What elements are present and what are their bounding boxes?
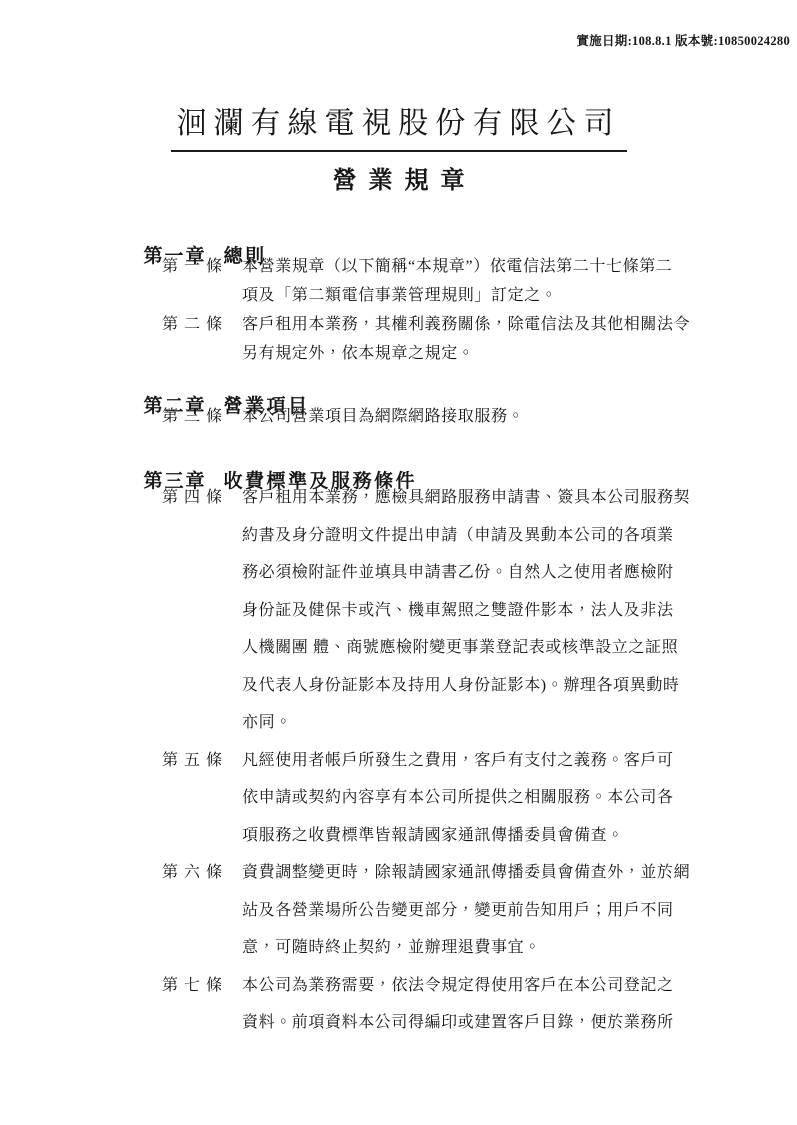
article-text: 客戶租用本業務，應檢具網路服務申請書、簽具本公司服務契約書及身分證明文件提出申請…: [242, 479, 690, 742]
article-6: 第 六 條 資費調整變更時，除報請國家通訊傳播委員會備查外，並於網站及各營業場所…: [162, 854, 735, 967]
chapter-heading-1: 第一章總則: [115, 218, 735, 244]
article-line: 本公司營業項目為網際網路接取服務。: [242, 402, 524, 431]
document-page: 實施日期:108.8.1 版本號:10850024280 洄瀾有線電視股份有限公…: [0, 0, 797, 1125]
article-line: 凡經使用者帳戶所發生之費用，客戶有支付之義務。客戶可: [242, 742, 674, 780]
article-line: 資費調整變更時，除報請國家通訊傳播委員會備查外，並於網: [242, 854, 690, 892]
article-number: 第 五 條: [162, 742, 242, 780]
article-line: 意，可隨時終止契約，並辦理退費事宜。: [242, 929, 690, 967]
article-text: 凡經使用者帳戶所發生之費用，客戶有支付之義務。客戶可依申請或契約內容享有本公司所…: [242, 742, 674, 855]
chapter-heading-3: 第三章收費標準及服務條件: [115, 443, 735, 469]
document-body: 第一章總則 第 一 條 本營業規章（以下簡稱“本規章”）依電信法第二十七條第二項…: [115, 218, 735, 1042]
article-text: 客戶租用本業務，其權利義務關係，除電信法及其他相關法令另有規定外，依本規章之規定…: [242, 310, 690, 368]
article-2: 第 二 條 客戶租用本業務，其權利義務關係，除電信法及其他相關法令另有規定外，依…: [162, 310, 735, 368]
article-line: 務必須檢附証件並填具申請書乙份。自然人之使用者應檢附: [242, 554, 690, 592]
article-line: 身份証及健保卡或汽、機車駕照之雙證件影本，法人及非法: [242, 592, 690, 630]
article-number: 第 二 條: [162, 310, 242, 339]
article-line: 客戶租用本業務，其權利義務關係，除電信法及其他相關法令: [242, 310, 690, 339]
article-line: 另有規定外，依本規章之規定。: [242, 339, 690, 368]
article-line: 亦同。: [242, 704, 690, 742]
article-line: 本營業規章（以下簡稱“本規章”）依電信法第二十七條第二: [242, 252, 672, 281]
article-4: 第 四 條 客戶租用本業務，應檢具網路服務申請書、簽具本公司服務契約書及身分證明…: [162, 479, 735, 742]
article-number: 第 一 條: [162, 252, 242, 281]
document-subtitle: 營業規章: [0, 160, 797, 195]
article-line: 資料。前項資料本公司得編印或建置客戶目錄，便於業務所: [242, 1004, 674, 1042]
article-line: 項服務之收費標準皆報請國家通訊傳播委員會備查。: [242, 817, 674, 855]
article-line: 本公司為業務需要，依法令規定得使用客戶在本公司登記之: [242, 967, 674, 1005]
article-number: 第 四 條: [162, 479, 242, 517]
article-1: 第 一 條 本營業規章（以下簡稱“本規章”）依電信法第二十七條第二項及「第二類電…: [162, 252, 735, 310]
article-line: 項及「第二類電信事業管理規則」訂定之。: [242, 281, 672, 310]
article-5: 第 五 條 凡經使用者帳戶所發生之費用，客戶有支付之義務。客戶可依申請或契約內容…: [162, 742, 735, 855]
article-number: 第 七 條: [162, 967, 242, 1005]
article-number: 第 三 條: [162, 402, 242, 431]
article-text: 本公司營業項目為網際網路接取服務。: [242, 402, 524, 431]
article-line: 依申請或契約內容享有本公司所提供之相關服務。本公司各: [242, 779, 674, 817]
header-meta: 實施日期:108.8.1 版本號:10850024280: [576, 31, 790, 49]
chapter-heading-2: 第二章營業項目: [115, 368, 735, 394]
article-text: 資費調整變更時，除報請國家通訊傳播委員會備查外，並於網站及各營業場所公告變更部分…: [242, 854, 690, 967]
article-text: 本營業規章（以下簡稱“本規章”）依電信法第二十七條第二項及「第二類電信事業管理規…: [242, 252, 672, 310]
title-block: 洄瀾有線電視股份有限公司: [0, 98, 797, 152]
article-line: 客戶租用本業務，應檢具網路服務申請書、簽具本公司服務契: [242, 479, 690, 517]
article-line: 及代表人身份証影本及持用人身份証影本)。辦理各項異動時: [242, 667, 690, 705]
article-text: 本公司為業務需要，依法令規定得使用客戶在本公司登記之資料。前項資料本公司得編印或…: [242, 967, 674, 1042]
document-title: 洄瀾有線電視股份有限公司: [171, 98, 627, 152]
article-7: 第 七 條 本公司為業務需要，依法令規定得使用客戶在本公司登記之資料。前項資料本…: [162, 967, 735, 1042]
article-line: 站及各營業場所公告變更部分，變更前告知用戶；用戶不同: [242, 892, 690, 930]
article-line: 約書及身分證明文件提出申請（申請及異動本公司的各項業: [242, 517, 690, 555]
article-number: 第 六 條: [162, 854, 242, 892]
article-3: 第 三 條 本公司營業項目為網際網路接取服務。: [162, 402, 735, 431]
article-line: 人機關團 體、商號應檢附變更事業登記表或核準設立之証照: [242, 629, 690, 667]
